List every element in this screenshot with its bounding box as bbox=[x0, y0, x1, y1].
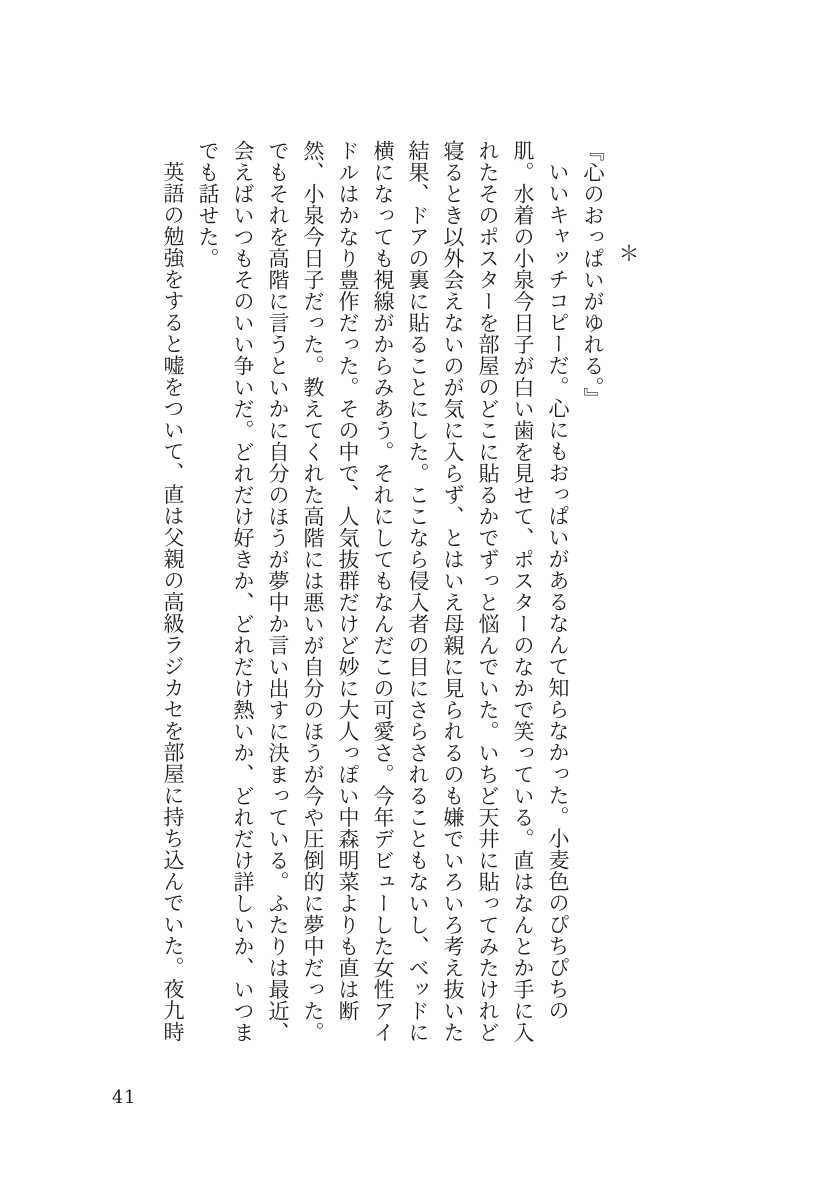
scene-break-asterisk: ＊ bbox=[610, 140, 645, 1046]
book-page: ＊ 『心のおっぱいがゆれる。』 いいキャッチコピーだ。心にもおっぱいがあるなんて… bbox=[0, 0, 822, 1198]
body-paragraph: 英語の勉強をすると嘘をついて、直は父親の高級ラジカセを部屋に持ち込んでいた。夜九… bbox=[155, 140, 190, 1046]
vertical-text-block: ＊ 『心のおっぱいがゆれる。』 いいキャッチコピーだ。心にもおっぱいがあるなんて… bbox=[85, 140, 645, 1046]
catchphrase-line: 『心のおっぱいがゆれる。』 bbox=[575, 140, 610, 1046]
page-number: 41 bbox=[112, 1088, 136, 1108]
body-paragraph: いいキャッチコピーだ。心にもおっぱいがあるなんて知らなかった。小麦色のぴちぴちの… bbox=[190, 140, 575, 1046]
